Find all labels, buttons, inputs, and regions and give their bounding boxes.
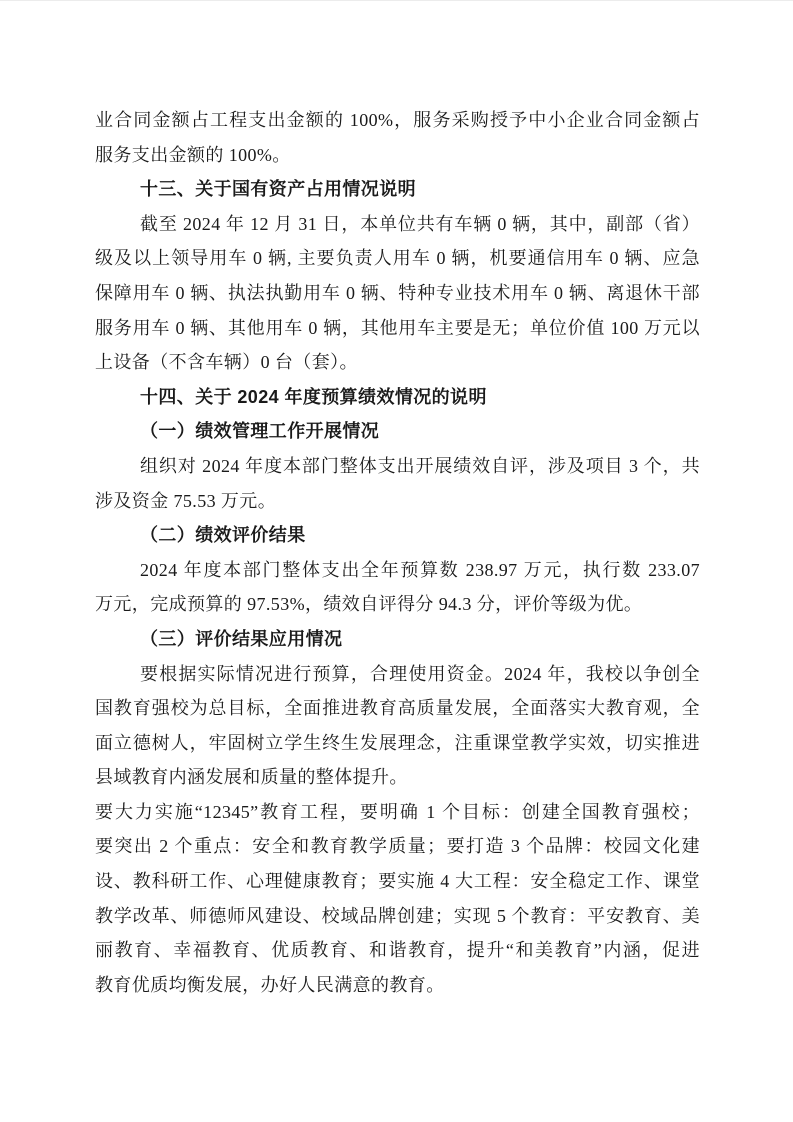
document-page: 业合同金额占工程支出金额的 100%，服务采购授予中小企业合同金额占服务支出金额…	[0, 0, 793, 1122]
document-line: 县域教育内涵发展和质量的整体提升。	[95, 760, 700, 795]
document-line: 万元，完成预算的 97.53%，绩效自评得分 94.3 分，评价等级为优。	[95, 587, 700, 622]
section-heading: （二）绩效评价结果	[95, 518, 700, 553]
document-content: 业合同金额占工程支出金额的 100%，服务采购授予中小企业合同金额占服务支出金额…	[95, 103, 700, 1002]
section-heading: 十四、关于 2024 年度预算绩效情况的说明	[95, 380, 700, 415]
document-line: 丽教育、幸福教育、优质教育、和谐教育，提升“和美教育”内涵，促进	[95, 933, 700, 968]
document-line: 涉及资金 75.53 万元。	[95, 484, 700, 519]
document-line: 教育优质均衡发展，办好人民满意的教育。	[95, 968, 700, 1003]
document-line: 截至 2024 年 12 月 31 日，本单位共有车辆 0 辆，其中，副部（省）	[95, 207, 700, 242]
document-line: 要突出 2 个重点：安全和教育教学质量；要打造 3 个品牌：校园文化建	[95, 829, 700, 864]
document-line: 教学改革、师德师风建设、校域品牌创建；实现 5 个教育：平安教育、美	[95, 899, 700, 934]
document-line: 级及以上领导用车 0 辆, 主要负责人用车 0 辆，机要通信用车 0 辆、应急	[95, 241, 700, 276]
document-line: 2024 年度本部门整体支出全年预算数 238.97 万元，执行数 233.07	[95, 553, 700, 588]
document-line: 组织对 2024 年度本部门整体支出开展绩效自评，涉及项目 3 个，共	[95, 449, 700, 484]
section-heading: 十三、关于国有资产占用情况说明	[95, 172, 700, 207]
section-heading: （三）评价结果应用情况	[95, 622, 700, 657]
document-line: 业合同金额占工程支出金额的 100%，服务采购授予中小企业合同金额占	[95, 103, 700, 138]
document-line: 要根据实际情况进行预算，合理使用资金。2024 年，我校以争创全	[95, 657, 700, 692]
document-line: 上设备（不含车辆）0 台（套）。	[95, 345, 700, 380]
document-line: 服务支出金额的 100%。	[95, 138, 700, 173]
document-line: 面立德树人，牢固树立学生终生发展理念，注重课堂教学实效，切实推进	[95, 726, 700, 761]
document-line: 设、教科研工作、心理健康教育；要实施 4 大工程：安全稳定工作、课堂	[95, 864, 700, 899]
document-line: 保障用车 0 辆、执法执勤用车 0 辆、特种专业技术用车 0 辆、离退休干部	[95, 276, 700, 311]
document-line: 要大力实施“12345”教育工程，要明确 1 个目标：创建全国教育强校；	[95, 795, 700, 830]
document-line: 国教育强校为总目标，全面推进教育高质量发展，全面落实大教育观，全	[95, 691, 700, 726]
document-line: 服务用车 0 辆、其他用车 0 辆，其他用车主要是无；单位价值 100 万元以	[95, 311, 700, 346]
section-heading: （一）绩效管理工作开展情况	[95, 414, 700, 449]
